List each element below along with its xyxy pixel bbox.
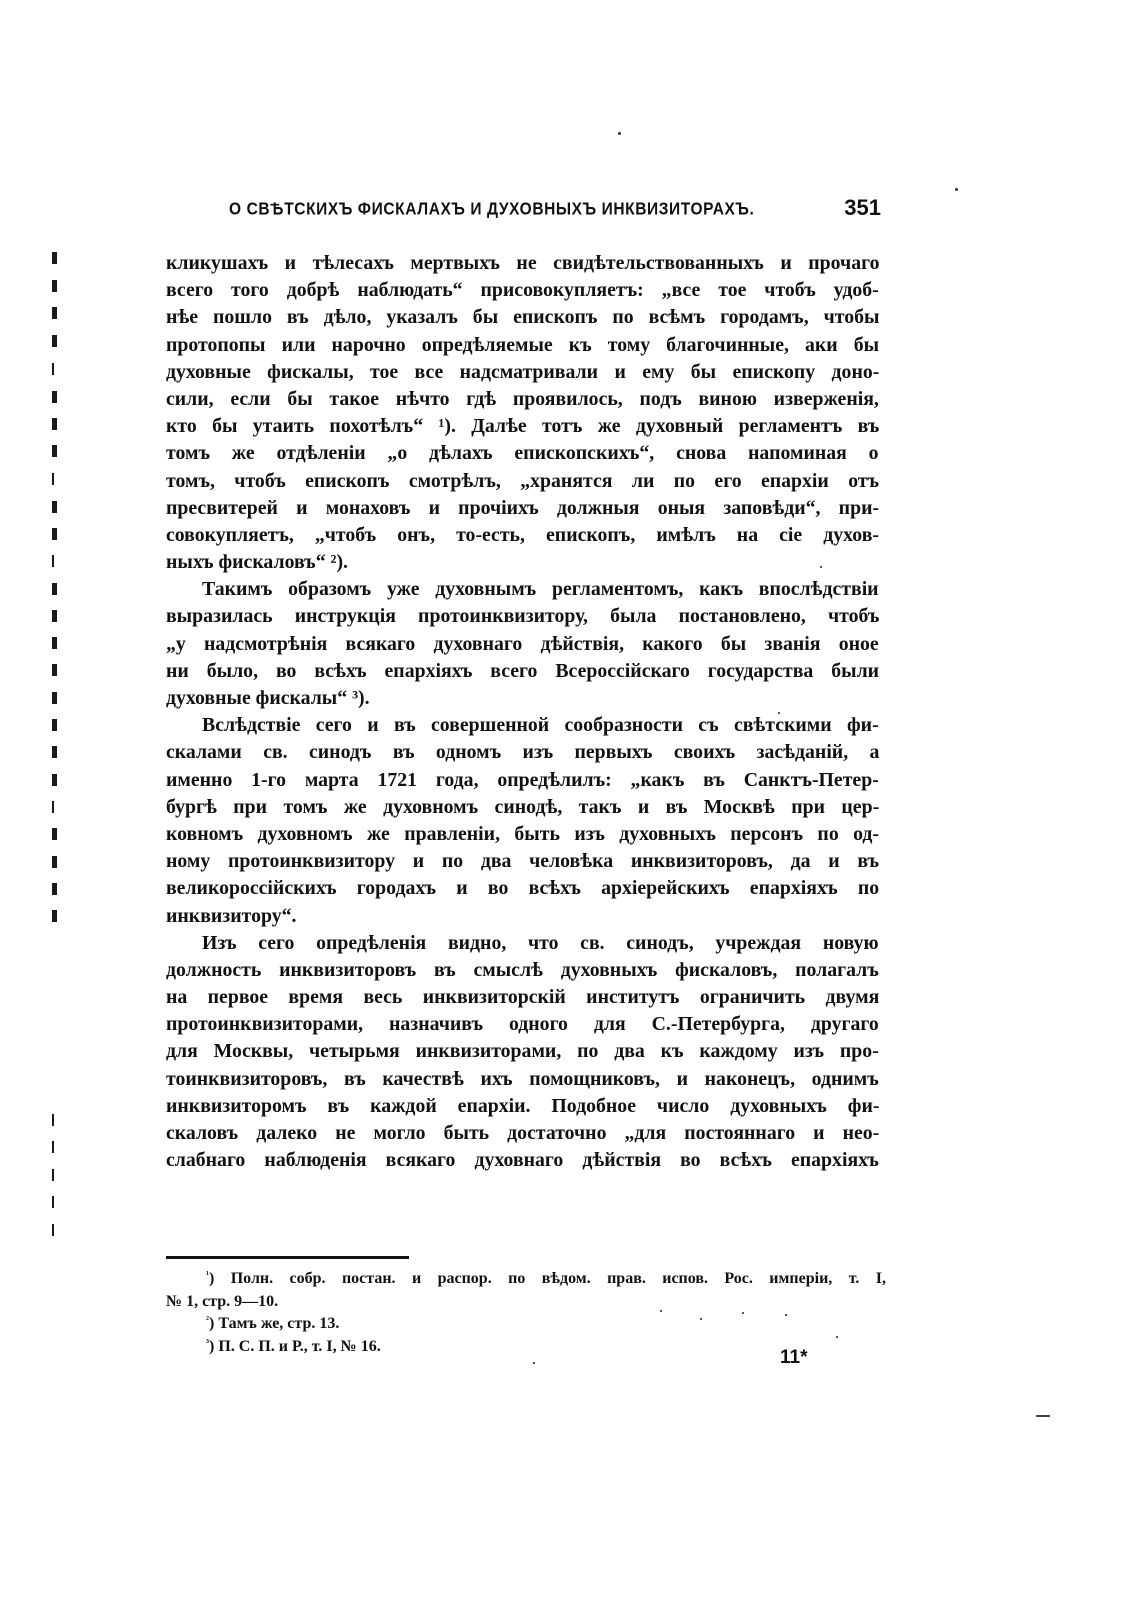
text-line: нѣе пошло въ дѣло, указалъ бы епископъ п… [166, 304, 879, 331]
text-line: инквизитору“. [166, 903, 879, 930]
text-line: протоинквизиторами, назначивъ одного для… [166, 1011, 879, 1038]
paragraph: кликушахъ и тѣлесахъ мертвыхъ не свидѣте… [166, 250, 879, 576]
running-head: О СВѢТСКИХЪ ФИСКАЛАХЪ И ДУХОВНЫХЪ ИНКВИЗ… [229, 195, 881, 225]
text-line: скалами св. синодъ въ одномъ изъ первыхъ… [166, 739, 879, 766]
text-line: кто бы утаить похотѣлъ“ ¹). Далѣе тотъ ж… [166, 413, 879, 440]
scan-dash [1036, 1415, 1050, 1417]
text-line: духовные фискалы, тое все надсматривали … [166, 359, 879, 386]
text-line: протопопы или нарочно опредѣляемые къ то… [166, 332, 879, 359]
running-head-title: О СВѢТСКИХЪ ФИСКАЛАХЪ И ДУХОВНЫХЪ ИНКВИЗ… [229, 199, 754, 220]
footnote-separator-rule [166, 1256, 409, 1259]
footnote-1: ¹) Полн. собр. постан. и распор. по вѣдо… [166, 1268, 886, 1313]
text-line: пресвитерей и монаховъ и прочіихъ должны… [166, 495, 879, 522]
footnote-text: П. С. П. и Р., т. I, № 16. [218, 1338, 380, 1355]
text-line: великороссійскихъ городахъ и во всѣхъ ар… [166, 875, 879, 902]
scan-speck [955, 188, 958, 191]
text-line: выразилась инструкція протоинквизитору, … [166, 603, 879, 630]
scan-speck [618, 132, 621, 135]
text-line: должность инквизиторовъ въ смыслѣ духовн… [166, 957, 879, 984]
footnote-text: Полн. собр. постан. и распор. по вѣдом. … [231, 1270, 886, 1287]
text-line: духовные фискалы“ ³). [166, 685, 879, 712]
text-line: Вслѣдствіе сего и въ совершенной сообраз… [166, 712, 879, 739]
footnote-line: ¹) Полн. собр. постан. и распор. по вѣдо… [166, 1268, 886, 1291]
footnote-line: № 1, стр. 9—10. [166, 1291, 886, 1314]
footnote-2: ²) Тамъ же, стр. 13. [166, 1313, 886, 1336]
text-line: кликушахъ и тѣлесахъ мертвыхъ не свидѣте… [166, 250, 879, 277]
text-line: на первое время весь инквизиторскій инст… [166, 984, 879, 1011]
footnote-marker: ¹ [206, 1270, 209, 1281]
footnote-marker: ² [206, 1315, 209, 1326]
footnote-line: ³) П. С. П. и Р., т. I, № 16. [166, 1336, 886, 1359]
page-number: 351 [844, 195, 881, 221]
text-line: инквизиторомъ въ каждой епархіи. Подобно… [166, 1093, 879, 1120]
text-line: Такимъ образомъ уже духовнымъ регламенто… [166, 576, 879, 603]
paragraph: Такимъ образомъ уже духовнымъ регламенто… [166, 576, 879, 712]
text-line: ному протоинквизитору и по два человѣка … [166, 848, 879, 875]
text-line: тоинквизиторовъ, въ качествѣ ихъ помощни… [166, 1066, 879, 1093]
footnotes: ¹) Полн. собр. постан. и распор. по вѣдо… [166, 1268, 886, 1358]
footnote-3: ³) П. С. П. и Р., т. I, № 16. [166, 1336, 886, 1359]
footnote-text: Тамъ же, стр. 13. [218, 1315, 339, 1332]
text-line: томъ же отдѣленіи „о дѣлахъ епископскихъ… [166, 440, 879, 467]
footnote-line: ²) Тамъ же, стр. 13. [166, 1313, 886, 1336]
text-line: именно 1-го марта 1721 года, опредѣлилъ:… [166, 767, 879, 794]
text-line: слабнаго наблюденія всякаго духовнаго дѣ… [166, 1147, 879, 1174]
paragraph: Изъ сего опредѣленія видно, что св. сино… [166, 930, 879, 1175]
footnote-marker: ³ [206, 1337, 209, 1348]
signature-mark: 11* [780, 1347, 807, 1369]
text-line: сили, если бы такое нѣчто гдѣ проявилось… [166, 386, 879, 413]
body-text: кликушахъ и тѣлесахъ мертвыхъ не свидѣте… [166, 250, 879, 1174]
text-line: ныхъ фискаловъ“ ²). [166, 549, 879, 576]
text-line: скаловъ далеко не могло быть достаточно … [166, 1120, 879, 1147]
text-line: ковномъ духовномъ же правленіи, быть изъ… [166, 821, 879, 848]
text-line: всего того добрѣ наблюдать“ присовокупля… [166, 277, 879, 304]
text-line: ни было, во всѣхъ епархіяхъ всего Всерос… [166, 658, 879, 685]
text-line: томъ, чтобъ епископъ смотрѣлъ, „хранятся… [166, 468, 879, 495]
book-page: О СВѢТСКИХЪ ФИСКАЛАХЪ И ДУХОВНЫХЪ ИНКВИЗ… [0, 0, 1140, 1599]
text-line: для Москвы, четырьмя инквизиторами, по д… [166, 1038, 879, 1065]
text-line: бургѣ при томъ же духовномъ синодѣ, такъ… [166, 794, 879, 821]
paragraph: Вслѣдствіе сего и въ совершенной сообраз… [166, 712, 879, 930]
text-line: совокупляетъ, „чтобъ онъ, то-есть, еписк… [166, 522, 879, 549]
text-line: „у надсмотрѣнія всякаго духовнаго дѣйств… [166, 631, 879, 658]
text-line: Изъ сего опредѣленія видно, что св. сино… [166, 930, 879, 957]
